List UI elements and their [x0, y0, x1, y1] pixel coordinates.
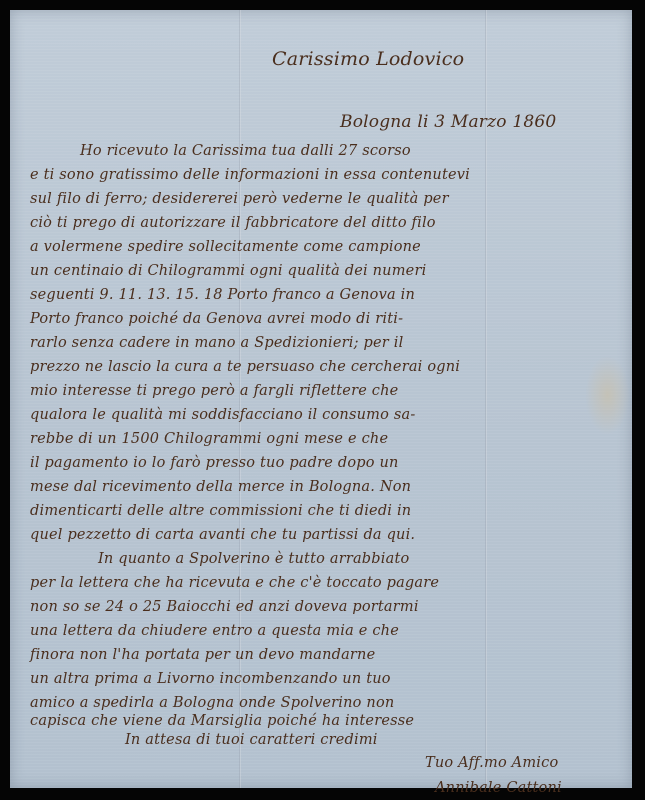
body-line: In quanto a Spolverino è tutto arrabbiat…: [98, 551, 409, 567]
body-line: quel pezzetto di carta avanti che tu par…: [30, 527, 415, 543]
body-line: finora non l'ha portata per un devo mand…: [30, 647, 375, 663]
body-line: non so se 24 o 25 Baiocchi ed anzi dovev…: [30, 599, 419, 615]
body-line: Porto franco poiché da Genova avrei modo…: [30, 311, 403, 327]
signature-name: Annibale Cattoni: [435, 780, 562, 796]
body-line: rebbe di un 1500 Chilogrammi ogni mese e…: [30, 431, 388, 447]
paper-stain: [585, 355, 630, 435]
salutation: Carissimo Lodovico: [272, 48, 464, 70]
body-line: mio interesse ti prego però a fargli rif…: [30, 383, 398, 399]
body-line: una lettera da chiudere entro a questa m…: [30, 623, 399, 639]
dateline: Bologna li 3 Marzo 1860: [340, 112, 556, 132]
body-line: il pagamento io lo farò presso tuo padre…: [30, 455, 399, 471]
letter-sheet: Carissimo Lodovico Bologna li 3 Marzo 18…: [10, 10, 632, 788]
body-line: rarlo senza cadere in mano a Spedizionie…: [30, 335, 403, 351]
body-line: Ho ricevuto la Carissima tua dalli 27 sc…: [80, 143, 411, 159]
body-line: ciò ti prego di autorizzare il fabbricat…: [30, 215, 436, 231]
signature-line-1: Tuo Aff.mo Amico: [425, 755, 558, 771]
body-line: dimenticarti delle altre commissioni che…: [30, 503, 411, 519]
body-line: qualora le qualità mi soddisfacciano il …: [30, 407, 415, 423]
body-line: amico a spedirla a Bologna onde Spolveri…: [30, 695, 394, 711]
body-line: un altra prima a Livorno incombenzando u…: [30, 671, 391, 687]
closing: In attesa di tuoi caratteri credimi: [125, 732, 378, 748]
body-line: prezzo ne lascio la cura a te persuaso c…: [30, 359, 460, 375]
body-line: e ti sono gratissimo delle informazioni …: [30, 167, 470, 183]
body-line: un centinaio di Chilogrammi ogni qualità…: [30, 263, 426, 279]
body-line: mese dal ricevimento della merce in Bolo…: [30, 479, 411, 495]
body-line: capisca che viene da Marsiglia poiché ha…: [30, 713, 414, 729]
body-line: per la lettera che ha ricevuta e che c'è…: [30, 575, 439, 591]
body-line: seguenti 9. 11. 13. 15. 18 Porto franco …: [30, 287, 415, 303]
body-line: a volermene spedire sollecitamente come …: [30, 239, 421, 255]
body-line: sul filo di ferro; desidererei però vede…: [30, 191, 449, 207]
